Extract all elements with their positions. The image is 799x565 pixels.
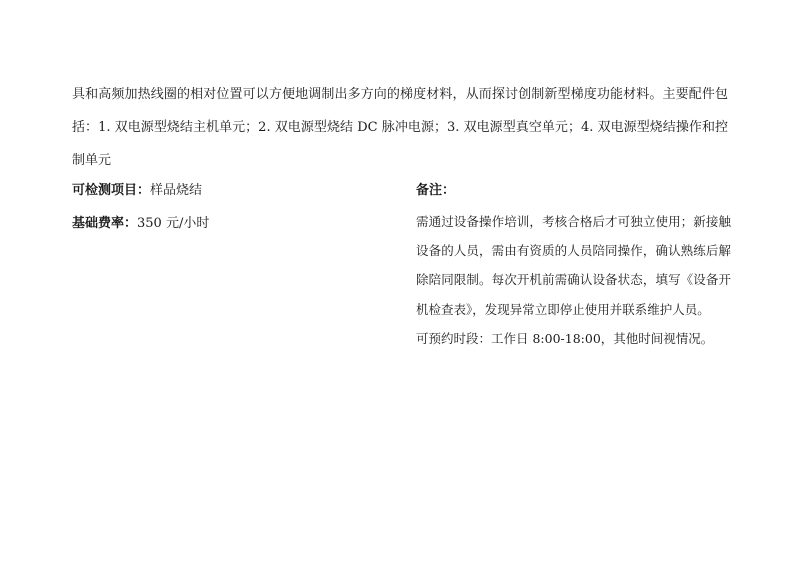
base-rate-value: 350 元/小时 xyxy=(137,216,209,231)
testable-items-value: 样品烧结 xyxy=(150,183,202,198)
remarks-schedule: 可预约时段：工作日 8:00-18:00，其他时间视情况。 xyxy=(416,324,731,353)
remarks-label: 备注： xyxy=(416,174,731,207)
fields-column: 可检测项目：样品烧结 基础费率：350 元/小时 xyxy=(72,174,402,240)
field-row-testable-items: 可检测项目：样品烧结 xyxy=(72,174,402,207)
remarks-column: 备注： 需通过设备操作培训，考核合格后才可独立使用；新接触设备的人员，需由有资质… xyxy=(416,174,731,353)
field-row-base-rate: 基础费率：350 元/小时 xyxy=(72,207,402,240)
intro-paragraph: 具和高频加热线圈的相对位置可以方便地调制出多方向的梯度材料，从而探讨创制新型梯度… xyxy=(72,78,728,177)
remarks-body: 需通过设备操作培训，考核合格后才可独立使用；新接触设备的人员，需由有资质的人员陪… xyxy=(416,207,731,324)
base-rate-label: 基础费率： xyxy=(72,216,137,231)
document-page: 具和高频加热线圈的相对位置可以方便地调制出多方向的梯度材料，从而探讨创制新型梯度… xyxy=(0,0,799,565)
testable-items-label: 可检测项目： xyxy=(72,183,150,198)
